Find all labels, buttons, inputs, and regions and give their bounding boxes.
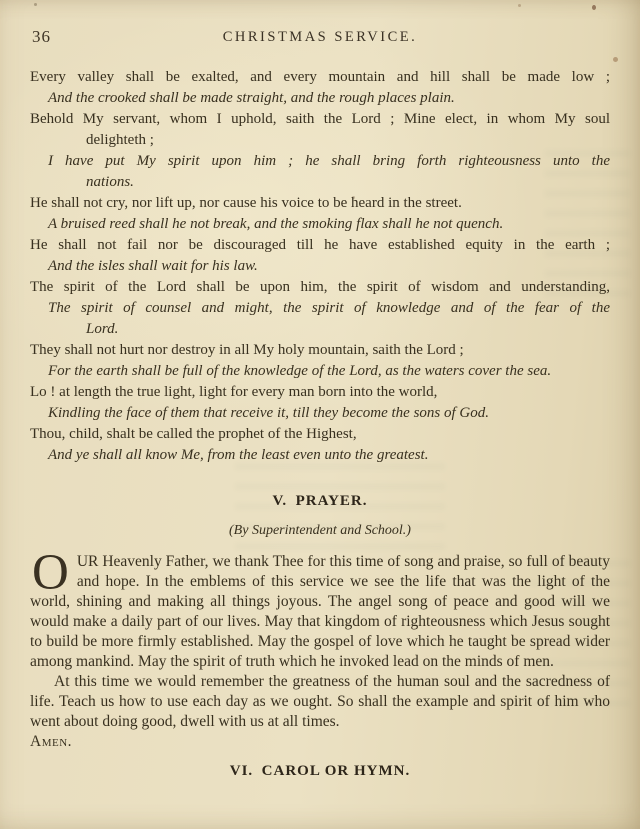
reading-line: Lo ! at length the true light, light for… xyxy=(30,382,610,403)
reading-line: I have put My spirit upon him ; he shall… xyxy=(48,151,610,172)
prayer-body: OUR Heavenly Father, we thank Thee for t… xyxy=(30,552,610,752)
reading-line: He shall not cry, nor lift up, nor cause… xyxy=(30,193,610,214)
prayer-paragraph-1: OUR Heavenly Father, we thank Thee for t… xyxy=(30,552,610,672)
book-page: 36 CHRISTMAS SERVICE. Every valley shall… xyxy=(0,0,640,829)
prayer-subheading: (By Superintendent and School.) xyxy=(30,523,610,539)
reading-line: For the earth shall be full of the knowl… xyxy=(48,361,610,382)
drop-cap: O xyxy=(30,552,77,592)
reading-line: Behold My servant, whom I uphold, saith … xyxy=(30,109,610,130)
page-content: 36 CHRISTMAS SERVICE. Every valley shall… xyxy=(0,0,640,780)
reading-line: delighteth ; xyxy=(86,130,610,151)
reading-line: The spirit of the Lord shall be upon him… xyxy=(30,277,610,298)
reading-line: Thou, child, shalt be called the prophet… xyxy=(30,424,610,445)
page-title: CHRISTMAS SERVICE. xyxy=(30,24,610,46)
reading-line: Kindling the face of them that receive i… xyxy=(48,403,610,424)
reading-line: The spirit of counsel and might, the spi… xyxy=(48,298,610,319)
reading-line: He shall not fail nor be discouraged til… xyxy=(30,235,610,256)
page-number: 36 xyxy=(32,27,51,47)
reading-line: And ye shall all know Me, from the least… xyxy=(48,445,610,466)
reading-line: Every valley shall be exalted, and every… xyxy=(30,67,610,88)
responsive-reading-section: Every valley shall be exalted, and every… xyxy=(30,67,610,466)
page-header: 36 CHRISTMAS SERVICE. xyxy=(30,24,610,46)
prayer-section-heading: V. PRAYER. xyxy=(30,493,610,510)
reading-line: nations. xyxy=(86,172,610,193)
reading-line: Lord. xyxy=(86,319,610,340)
reading-line: They shall not hurt nor destroy in all M… xyxy=(30,340,610,361)
reading-line: And the crooked shall be made straight, … xyxy=(48,88,610,109)
carol-section-heading: VI. CAROL OR HYMN. xyxy=(30,763,610,780)
amen-text: Amen. xyxy=(30,732,610,752)
prayer-paragraph-1-text: UR Heavenly Father, we thank Thee for th… xyxy=(30,553,610,670)
reading-line: A bruised reed shall he not break, and t… xyxy=(48,214,610,235)
reading-line: And the isles shall wait for his law. xyxy=(48,256,610,277)
prayer-paragraph-2: At this time we would remember the great… xyxy=(30,672,610,732)
